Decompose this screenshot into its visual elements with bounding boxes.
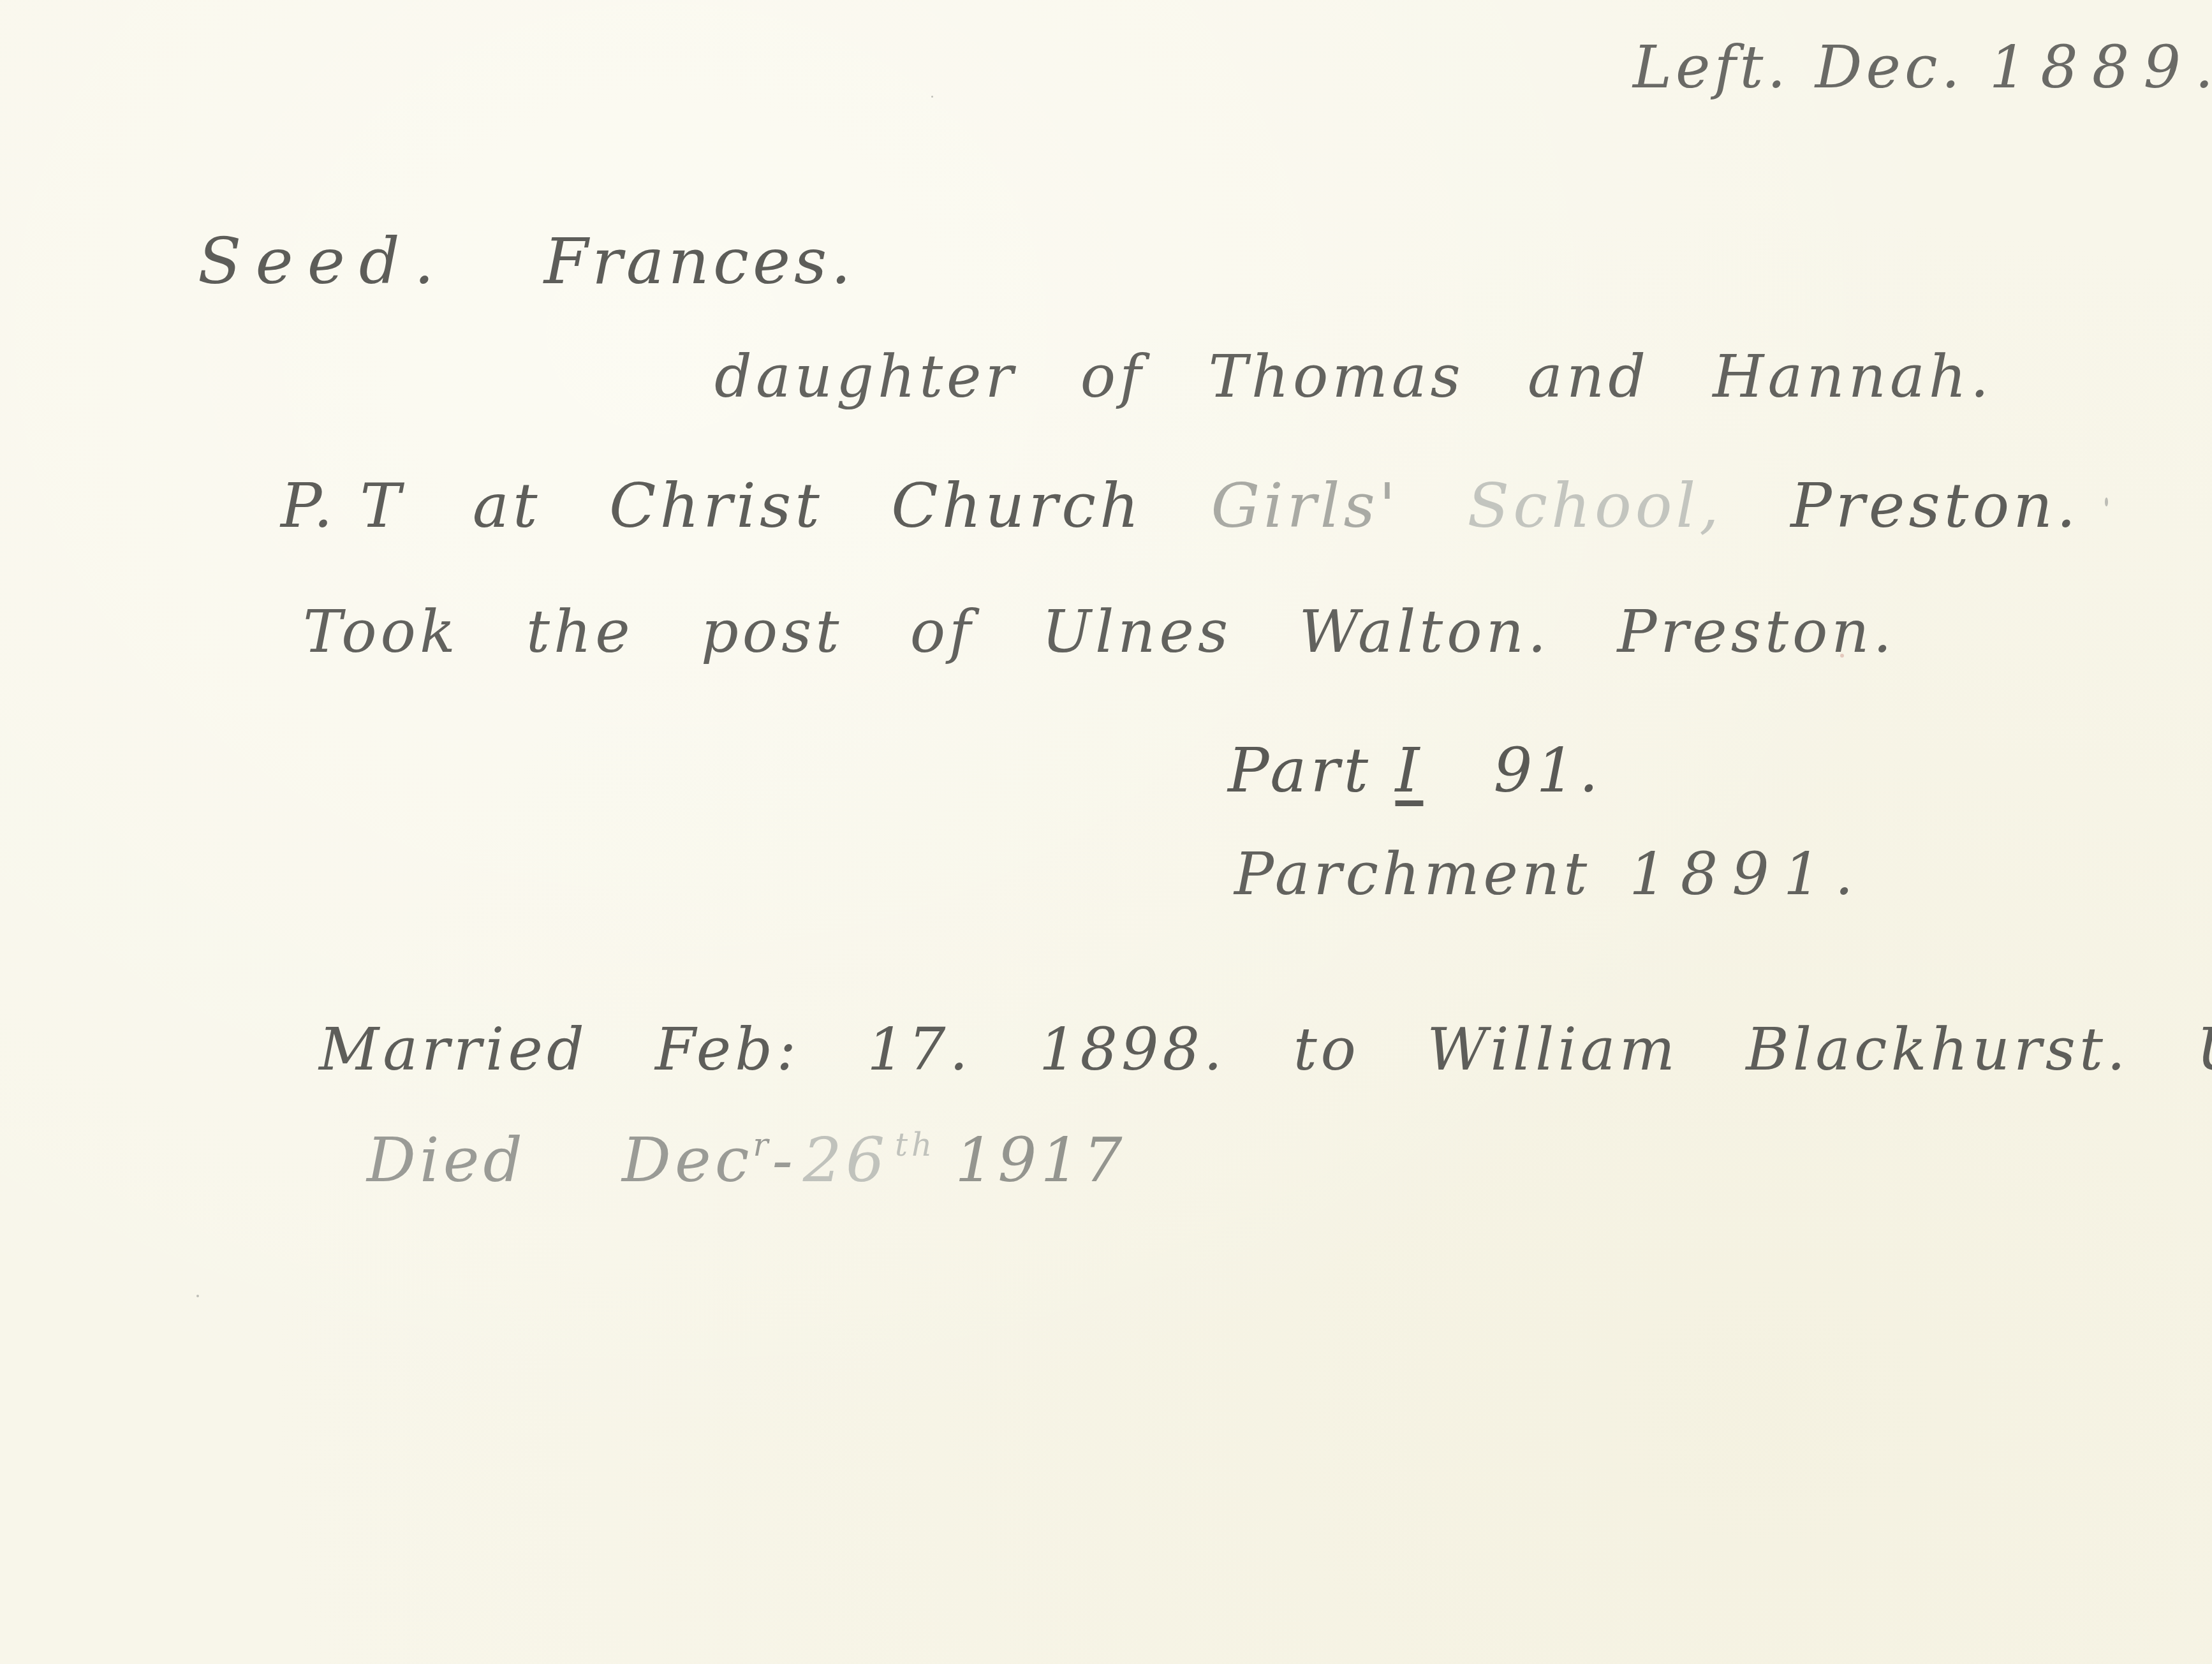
paper-speck [1840,654,1844,658]
post-w3: post [701,598,843,666]
pt-at: at [473,470,542,541]
died-dash: - [772,1124,796,1196]
given-name: Frances. [544,224,855,298]
paper-speck [196,1295,199,1297]
parents-of: of [1080,342,1145,411]
died-label: Died [367,1124,526,1196]
post-town: Preston. [1617,598,1895,666]
married-month: Feb: [655,1015,800,1084]
spouse-first: William [1427,1015,1679,1084]
post-place1: Ulnes [1042,598,1232,666]
pupil-teacher-line: P. T at Christ Church Girls' School, Pre… [281,475,2080,536]
married-to: to [1294,1015,1360,1084]
surname: Seed. [198,224,448,298]
pt-school-word3: Girls' [1211,470,1399,541]
parchment-line: Parchment1891. [1234,845,1868,904]
died-day: 26 [803,1124,888,1196]
exam-label: Part [1228,735,1372,806]
married-day: 17. [867,1015,971,1084]
married-year: 1898. [1039,1015,1226,1084]
pt-town: Preston. [1790,470,2079,541]
pt-role: P. T [281,470,404,541]
mother-name: Hannah. [1713,342,1993,411]
post-place2: Walton. [1299,598,1550,666]
died-year: 1917 [955,1124,1126,1196]
parchment-label: Parchment [1234,840,1591,908]
post-w2: the [526,598,634,666]
marriage-line: Married Feb: 17. 1898. to William Blackh… [319,1020,2212,1079]
register-page: Left.Dec.1889. Seed.Frances. daughter of… [0,0,2212,1664]
died-month: Dec [622,1124,753,1196]
parents-line: daughter of Thomas and Hannah. [714,348,1993,406]
name-line: Seed.Frances. [198,230,855,293]
parents-prefix: daughter [714,342,1017,411]
death-line: DiedDecr-26th1917 [367,1129,1126,1191]
pt-school-word2: Church [891,470,1143,541]
parchment-year: 1891. [1629,840,1867,908]
exam-year: 91. [1493,735,1602,806]
paper-speck [931,96,933,98]
left-year: 1889. [1989,33,2212,101]
married-place1: Ulnes [2197,1015,2212,1084]
left-date-note: Left.Dec.1889. [1633,38,2212,97]
post-w1: Took [303,598,459,666]
died-day-sup: th [895,1126,936,1163]
father-name: Thomas [1209,342,1464,411]
died-month-sup: r [753,1126,772,1163]
post-line: Took the post of Ulnes Walton. Preston. [303,603,1896,661]
spouse-last: Blackhurst. [1746,1015,2129,1084]
exam-part-line: Part I91. [1228,740,1602,801]
pt-school-word1: Christ [609,470,823,541]
left-label: Left. [1633,33,1790,101]
married-label: Married [319,1015,588,1084]
left-month: Dec. [1815,33,1964,101]
parents-and: and [1528,342,1649,411]
exam-roman: I [1396,735,1424,806]
pt-school-word4: School, [1468,470,1723,541]
post-w4: of [910,598,975,666]
paper-speck [2105,497,2108,506]
